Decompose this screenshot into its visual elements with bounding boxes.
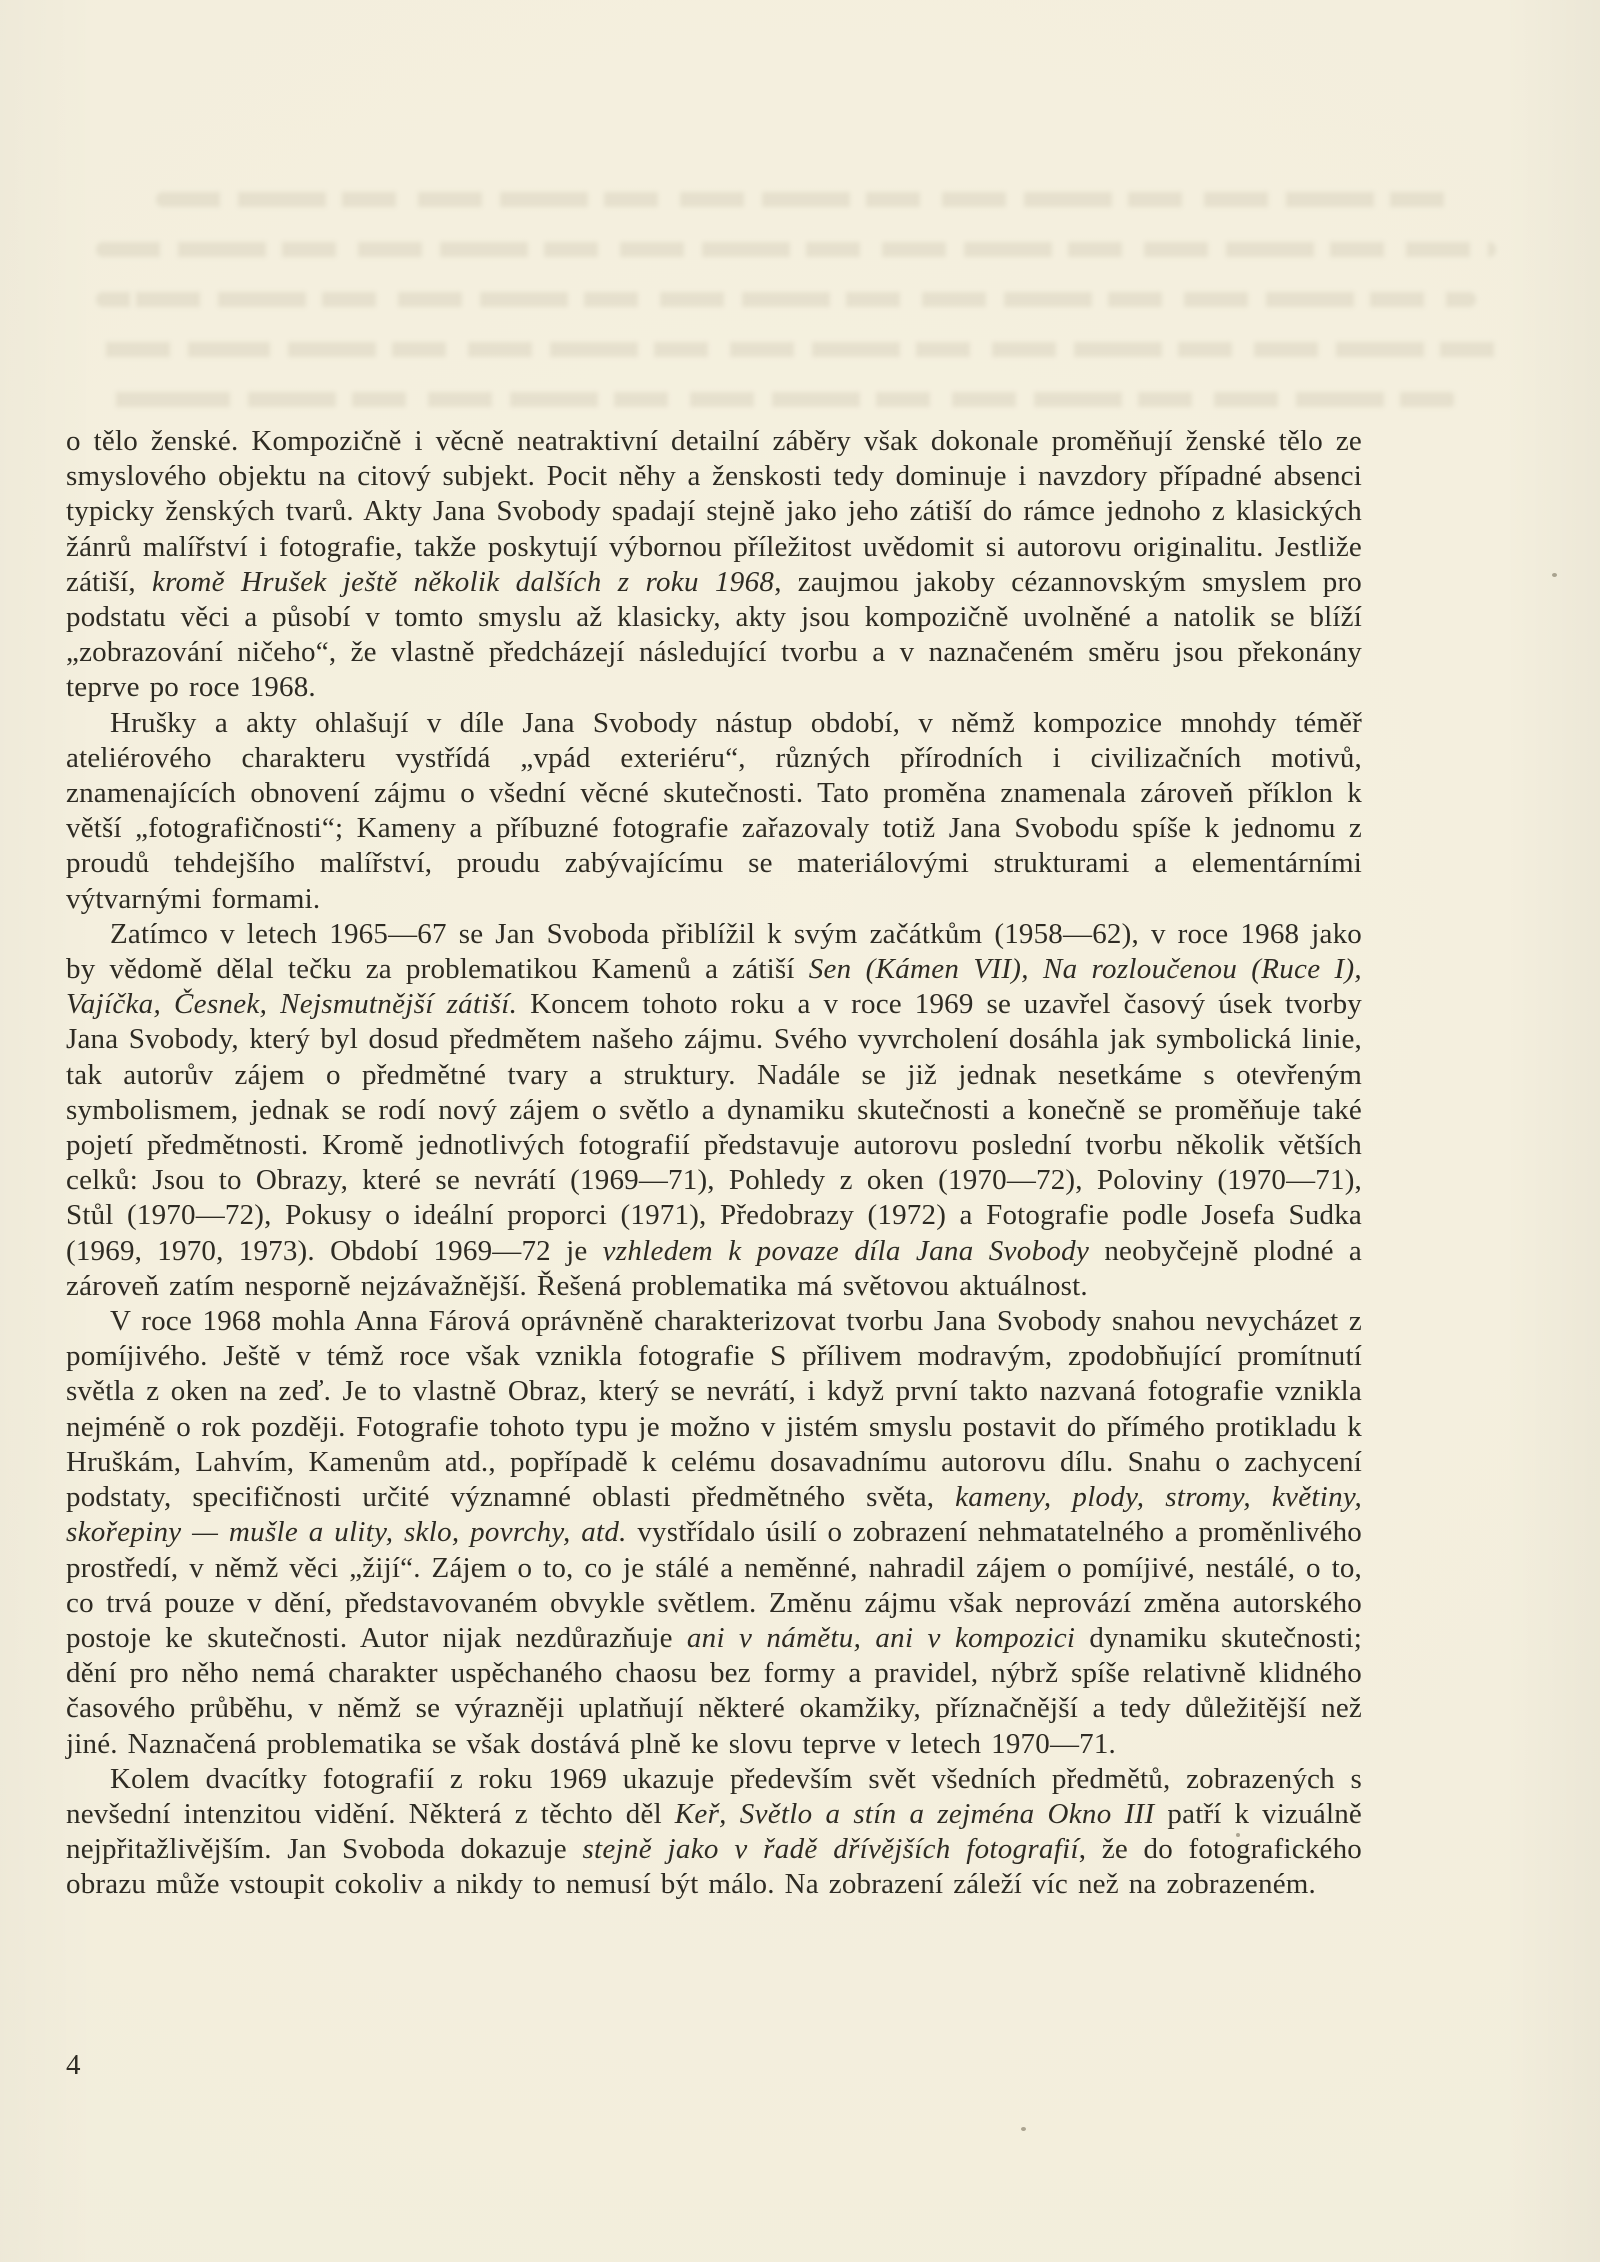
bleed-through-line bbox=[96, 242, 1496, 257]
page-number: 4 bbox=[66, 2048, 81, 2083]
paragraph: V roce 1968 mohla Anna Fárová oprávněně … bbox=[66, 1304, 1362, 1762]
italic-text-segment: vzhledem k povaze díla Jana Svobody bbox=[603, 1235, 1090, 1267]
body-text: o tělo ženské. Kompozičně i věcně neatra… bbox=[66, 424, 1362, 1903]
italic-text-segment: stejně jako v řadě dřívějších fotografií bbox=[582, 1833, 1078, 1865]
paragraph: Kolem dvacítky fotografií z roku 1969 uk… bbox=[66, 1762, 1362, 1903]
italic-text-segment: ani v námětu, ani v kompozici bbox=[687, 1622, 1075, 1654]
book-page: o tělo ženské. Kompozičně i věcně neatra… bbox=[0, 0, 1600, 2262]
bleed-through-line bbox=[96, 342, 1506, 357]
paragraph: Zatímco v letech 1965—67 se Jan Svoboda … bbox=[66, 917, 1362, 1304]
bleed-through-line bbox=[156, 192, 1456, 207]
italic-text-segment: Keř, Světlo a stín a zejména Okno III bbox=[675, 1798, 1155, 1830]
text-segment: Koncem tohoto roku a v roce 1969 se uzav… bbox=[66, 988, 1362, 1266]
paper-speck bbox=[1552, 573, 1557, 577]
text-segment: Hrušky a akty ohlašují v díle Jana Svobo… bbox=[66, 707, 1362, 915]
paragraph: o tělo ženské. Kompozičně i věcně neatra… bbox=[66, 424, 1362, 706]
bleed-through-line bbox=[96, 292, 1476, 307]
paragraph: Hrušky a akty ohlašují v díle Jana Svobo… bbox=[66, 706, 1362, 917]
paper-speck bbox=[1236, 1833, 1240, 1837]
bleed-through-text bbox=[96, 192, 1516, 432]
italic-text-segment: kromě Hrušek ještě několik dalších z rok… bbox=[152, 566, 774, 598]
bleed-through-line bbox=[96, 392, 1456, 407]
paper-speck bbox=[1021, 2127, 1026, 2131]
